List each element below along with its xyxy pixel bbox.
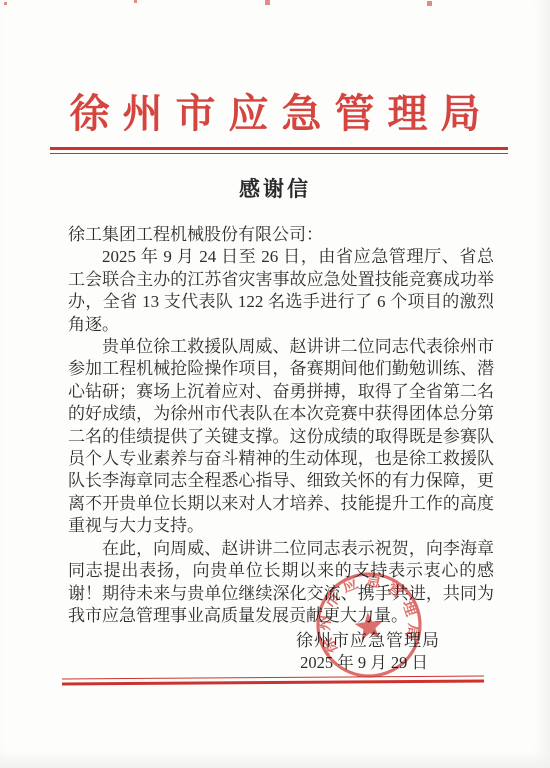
svg-text:徐州市应急管理局: 徐州市应急管理局 [309,565,426,658]
salutation-line: 徐工集团工程机械股份有限公司： [68,224,494,246]
document-title: 感谢信 [0,173,550,203]
official-seal-stamp: 徐州市应急管理局 [305,561,432,688]
letter-sheet: 徐州市应急管理局 感谢信 徐工集团工程机械股份有限公司： 2025 年 9 月 … [0,0,550,768]
photo-edge-artifacts [4,2,7,5]
agency-header-title: 徐州市应急管理局 [0,82,550,139]
red-rule-bottom [62,676,484,686]
paragraph-1: 2025 年 9 月 24 日至 26 日，由省应急管理厅、省总工会联合主办的江… [68,246,494,336]
red-rule-top [50,147,508,154]
letter-body: 徐工集团工程机械股份有限公司： 2025 年 9 月 24 日至 26 日，由省… [68,224,494,627]
seal-arc-text: 徐州市应急管理局 [309,565,426,658]
paragraph-3: 在此，向周威、赵讲讲二位同志表示祝贺，向李海章同志提出表扬，向贵单位长期以来的支… [68,538,494,628]
paragraph-2: 贵单位徐工救援队周威、赵讲讲二位同志代表徐州市参加工程机械抢险操作项目，备赛期间… [68,336,494,538]
seal-star-icon [353,611,384,641]
